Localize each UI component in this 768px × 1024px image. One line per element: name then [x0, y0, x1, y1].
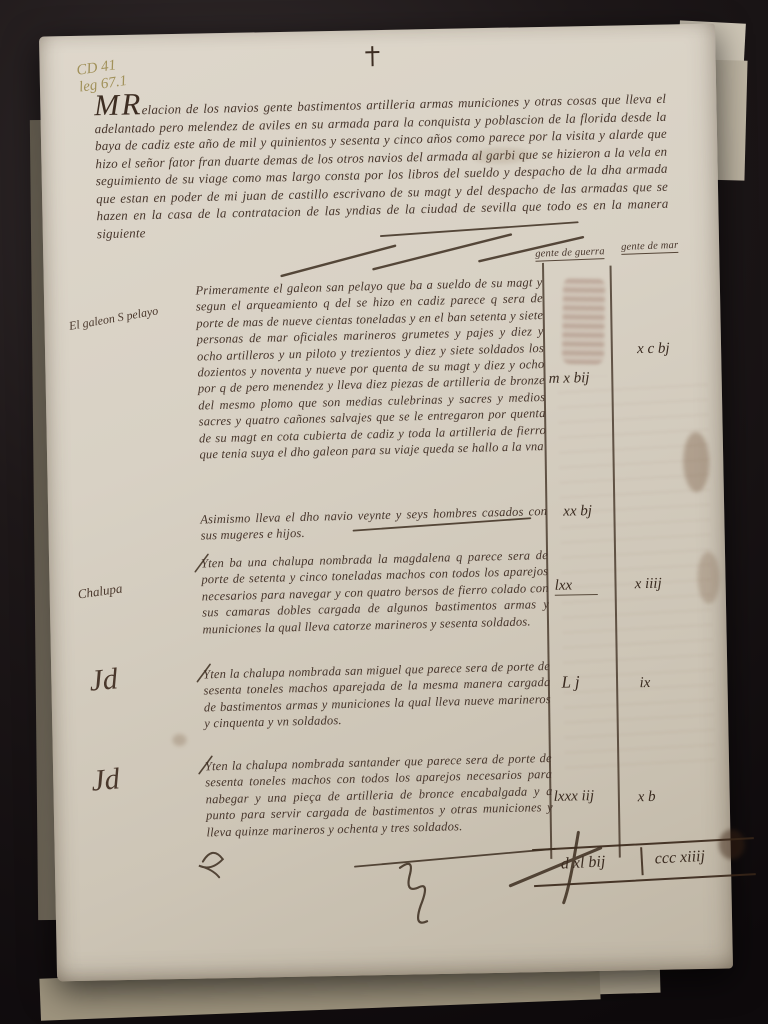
paragraph-end-rule — [353, 518, 530, 530]
rubric-cross-stroke — [562, 832, 579, 902]
flourish-stroke — [479, 237, 583, 261]
rubric-cross-stroke — [510, 848, 602, 886]
manuscript-photograph: CD 41 leg 67.1 MRelacion de los navios g… — [0, 0, 768, 1024]
ink-flourishes — [39, 24, 733, 982]
notary-rubric — [400, 863, 427, 923]
paragraph-slash — [195, 554, 208, 571]
closing-rule — [355, 849, 555, 867]
paragraph-slash — [197, 664, 210, 681]
flourish-stroke — [373, 235, 512, 270]
paragraph-slash — [199, 756, 212, 773]
notary-rubric — [199, 853, 223, 878]
flourish-stroke — [281, 246, 396, 276]
heading-end-rule — [381, 222, 578, 236]
manuscript-page: CD 41 leg 67.1 MRelacion de los navios g… — [39, 24, 733, 982]
